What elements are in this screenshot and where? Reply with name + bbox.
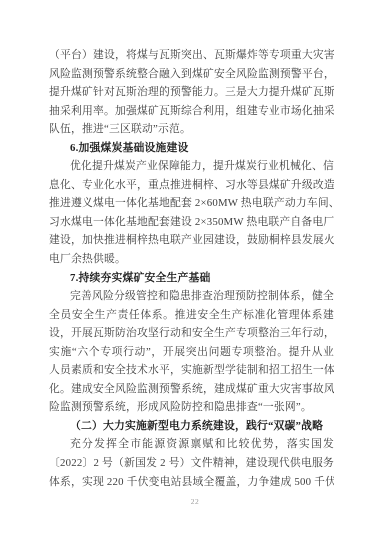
page-number: 22 xyxy=(0,497,390,506)
text-line: 〔2022〕2 号（新国发 2 号）文件精神，建设现代供电服务 xyxy=(49,454,334,473)
section-heading-new-power-system: （二）大力实施新型电力系统建设，践行“双碳”战略 xyxy=(49,417,334,436)
document-text: （平台）建设，将煤与瓦斯突出、瓦斯爆炸等专项重大灾害 风险监测预警系统整合融入到… xyxy=(49,46,334,491)
text-line: 建设，加快推进桐梓热电联产业园建设，鼓励桐梓县发展火 xyxy=(49,231,334,250)
text-line: 推进遵义煤电一体化基地配套 2×60MW 热电联产动力车间、 xyxy=(49,194,334,213)
text-line: 体系，实现 220 千伏变电站县域全覆盖，力争建成 500 千伏 xyxy=(49,473,334,492)
text-line: 队伍，推进“三区联动”示范。 xyxy=(49,120,334,139)
text-line: 优化提升煤炭产业保障能力，提升煤炭行业机械化、信 xyxy=(49,157,334,176)
text-line: 完善风险分级管控和隐患排查治理预防控制体系，健全 xyxy=(49,287,334,306)
text-line: 息化、专业化水平，重点推进桐梓、习水等县煤矿升级改造。 xyxy=(49,176,334,195)
text-line: 人员素质和安全技术水平，实施新型学徒制和招工招生一体 xyxy=(49,361,334,380)
section-heading-coal-infrastructure: 6.加强煤炭基础设施建设 xyxy=(49,139,334,158)
text-line: 电厂余热供暖。 xyxy=(49,250,334,269)
section-heading-mine-safety: 7.持续夯实煤矿安全生产基础 xyxy=(49,269,334,288)
text-line: 全员安全生产责任体系。推进安全生产标准化管理体系建 xyxy=(49,306,334,325)
document-page: （平台）建设，将煤与瓦斯突出、瓦斯爆炸等专项重大灾害 风险监测预警系统整合融入到… xyxy=(0,0,390,551)
text-line: 充分发挥全市能源资源禀赋和比较优势，落实国发 xyxy=(49,435,334,454)
text-line: （平台）建设，将煤与瓦斯突出、瓦斯爆炸等专项重大灾害 xyxy=(49,46,334,65)
text-line: 设，开展瓦斯防治攻坚行动和安全生产专项整治三年行动， xyxy=(49,324,334,343)
text-line: 险监测预警系统，形成风险防控和隐患排查“一张网”。 xyxy=(49,398,334,417)
text-line: 实施“六个专项行动”，开展突出问题专项整治。提升从业 xyxy=(49,343,334,362)
text-line: 抽采利用率。加强煤矿瓦斯综合利用，组建专业市场化抽采 xyxy=(49,102,334,121)
text-line: 风险监测预警系统整合融入到煤矿安全风险监测预警平台， xyxy=(49,65,334,84)
text-line: 提升煤矿针对瓦斯治理的预警能力。三是大力提升煤矿瓦斯 xyxy=(49,83,334,102)
text-line: 化。建成安全风险监测预警系统，建成煤矿重大灾害事故风 xyxy=(49,380,334,399)
text-line: 习水煤电一体化基地配套建设 2×350MW 热电联产自备电厂 xyxy=(49,213,334,232)
